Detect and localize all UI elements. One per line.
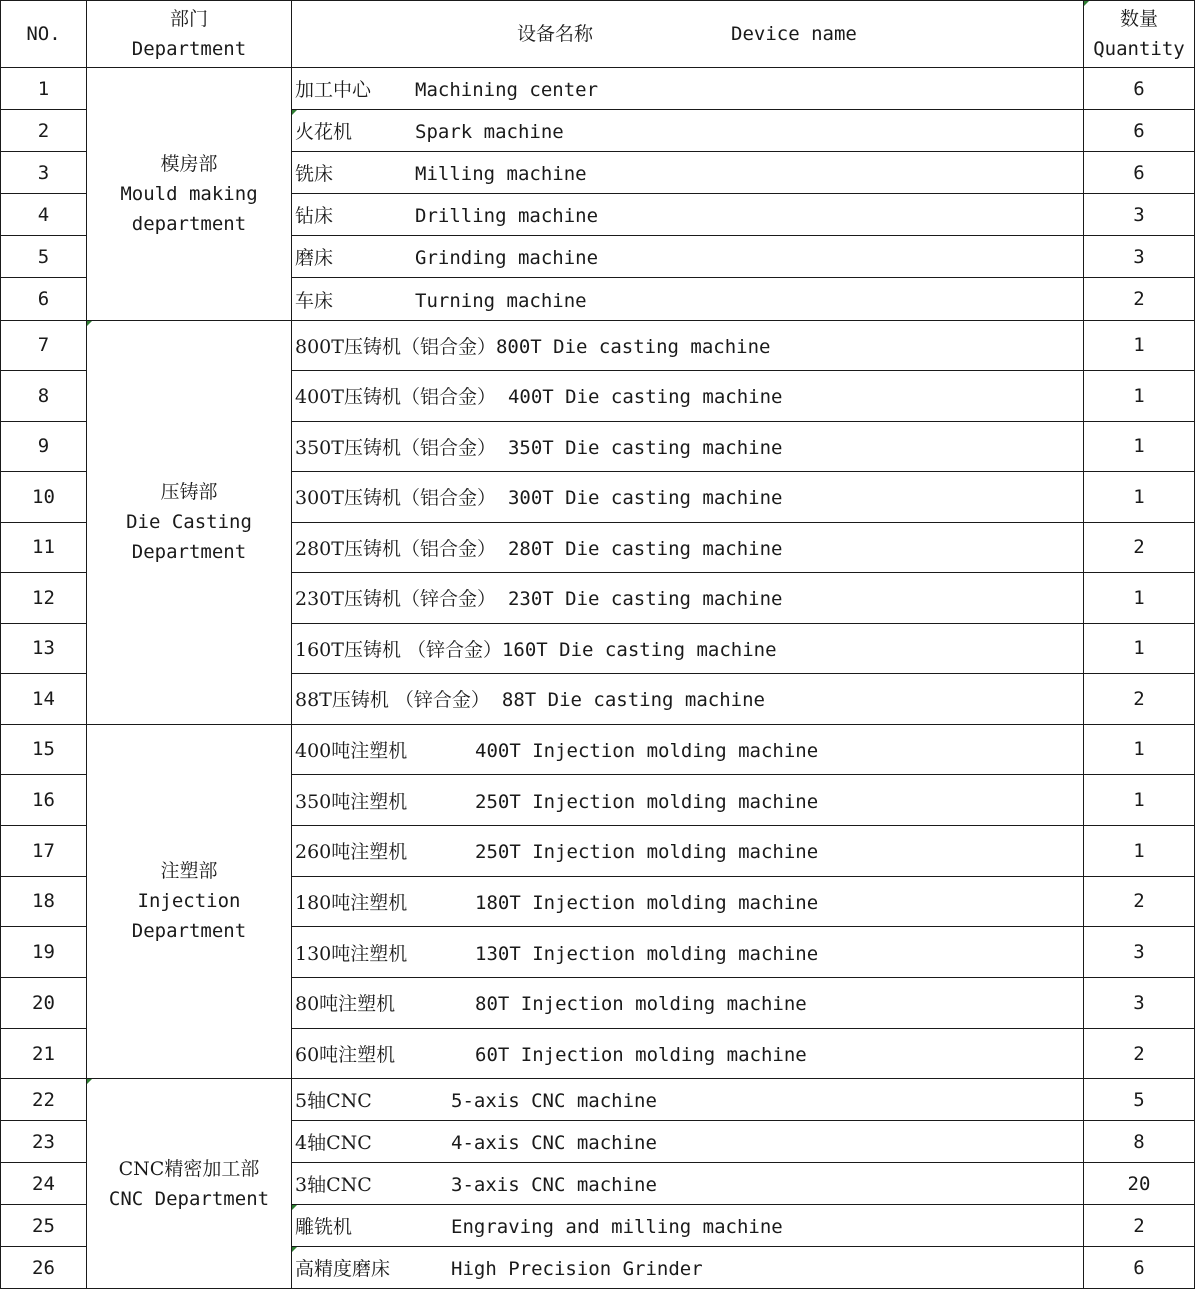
- device-name-zh: 400吨注塑机: [295, 736, 475, 763]
- row-number: 14: [1, 674, 87, 725]
- device-name-en: 4-axis CNC machine: [451, 1132, 657, 1154]
- quantity: 6: [1084, 110, 1195, 152]
- row-number: 18: [1, 876, 87, 927]
- device-name: 260吨注塑机250T Injection molding machine: [292, 825, 1084, 876]
- device-name: 350吨注塑机250T Injection molding machine: [292, 775, 1084, 826]
- device-name-en: Grinding machine: [415, 247, 598, 269]
- device-name-en: 280T Die casting machine: [508, 538, 783, 560]
- device-name-en: 180T Injection molding machine: [475, 892, 818, 914]
- device-name: 400T压铸机（铝合金）400T Die casting machine: [292, 371, 1084, 422]
- quantity: 6: [1084, 152, 1195, 194]
- comment-marker-icon: [292, 110, 297, 115]
- row-number: 3: [1, 152, 87, 194]
- device-name-en: 230T Die casting machine: [508, 588, 783, 610]
- quantity: 1: [1084, 421, 1195, 472]
- header-device-name: 设备名称 Device name: [292, 1, 1084, 68]
- row-number: 2: [1, 110, 87, 152]
- quantity: 1: [1084, 724, 1195, 775]
- device-name: 80吨注塑机80T Injection molding machine: [292, 978, 1084, 1029]
- department-en-line2: Department: [87, 537, 291, 567]
- device-name: 车床Turning machine: [292, 278, 1084, 320]
- device-name: 钻床Drilling machine: [292, 194, 1084, 236]
- quantity: 1: [1084, 775, 1195, 826]
- device-name: 300T压铸机（铝合金）300T Die casting machine: [292, 472, 1084, 523]
- device-name: 180吨注塑机180T Injection molding machine: [292, 876, 1084, 927]
- table-row: 7 压铸部 Die Casting Department 800T压铸机（铝合金…: [1, 320, 1195, 371]
- device-name-en: Milling machine: [415, 163, 587, 185]
- department-en-line2: department: [87, 209, 291, 239]
- device-name-en: 800T Die casting machine: [496, 336, 771, 358]
- header-device-zh: 设备名称: [517, 19, 731, 49]
- device-name: 磨床Grinding machine: [292, 236, 1084, 278]
- quantity: 20: [1084, 1163, 1195, 1205]
- department-cell: 压铸部 Die Casting Department: [87, 320, 292, 724]
- device-name-zh: 60吨注塑机: [295, 1040, 475, 1067]
- device-name-en: Machining center: [415, 79, 598, 101]
- quantity: 6: [1084, 68, 1195, 110]
- device-name-zh: 高精度磨床: [295, 1254, 451, 1281]
- device-name: 加工中心Machining center: [292, 68, 1084, 110]
- device-name-en: 400T Die casting machine: [508, 386, 783, 408]
- device-name-zh: 88T压铸机 （锌合金）: [295, 685, 490, 712]
- header-department-zh: 部门: [87, 4, 291, 34]
- quantity: 8: [1084, 1121, 1195, 1163]
- device-name-zh: 钻床: [295, 201, 415, 228]
- device-name-zh: 160T压铸机 （锌合金）: [295, 635, 502, 662]
- header-quantity-zh: 数量: [1084, 4, 1194, 34]
- department-cell: 注塑部 Injection Department: [87, 724, 292, 1079]
- comment-marker-icon: [87, 1079, 92, 1084]
- device-name: 160T压铸机 （锌合金）160T Die casting machine: [292, 623, 1084, 674]
- comment-marker-icon: [292, 1205, 297, 1210]
- device-name-zh: 350T压铸机（铝合金）: [295, 433, 496, 460]
- device-name-zh: 300T压铸机（铝合金）: [295, 483, 496, 510]
- device-name: 5轴CNC5-axis CNC machine: [292, 1079, 1084, 1121]
- device-name-en: 250T Injection molding machine: [475, 841, 818, 863]
- header-quantity: 数量 Quantity: [1084, 1, 1195, 68]
- quantity: 1: [1084, 623, 1195, 674]
- quantity: 3: [1084, 236, 1195, 278]
- device-name: 60吨注塑机60T Injection molding machine: [292, 1028, 1084, 1079]
- quantity: 3: [1084, 927, 1195, 978]
- department-en-line1: Die Casting: [87, 507, 291, 537]
- header-quantity-en: Quantity: [1084, 34, 1194, 64]
- device-name-en: 400T Injection molding machine: [475, 740, 818, 762]
- device-name: 铣床Milling machine: [292, 152, 1084, 194]
- device-name-zh: 5轴CNC: [295, 1086, 451, 1113]
- device-name-zh: 磨床: [295, 243, 415, 270]
- device-name: 88T压铸机 （锌合金）88T Die casting machine: [292, 674, 1084, 725]
- row-number: 20: [1, 978, 87, 1029]
- row-number: 23: [1, 1121, 87, 1163]
- row-number: 26: [1, 1247, 87, 1289]
- device-name-en: Engraving and milling machine: [451, 1216, 783, 1238]
- row-number: 11: [1, 522, 87, 573]
- device-name: 4轴CNC4-axis CNC machine: [292, 1121, 1084, 1163]
- header-device-en: Device name: [731, 19, 857, 49]
- device-name-zh: 280T压铸机（铝合金）: [295, 534, 496, 561]
- equipment-table: NO. 部门 Department 设备名称 Device name 数量 Qu…: [0, 0, 1195, 1289]
- quantity: 3: [1084, 194, 1195, 236]
- comment-marker-icon: [1084, 1, 1089, 6]
- device-name-zh: 加工中心: [295, 75, 415, 102]
- department-en-line1: Injection: [87, 886, 291, 916]
- department-cell: CNC精密加工部 CNC Department: [87, 1079, 292, 1289]
- department-en-line1: Mould making: [87, 179, 291, 209]
- device-name-en: 160T Die casting machine: [502, 639, 777, 661]
- row-number: 5: [1, 236, 87, 278]
- quantity: 2: [1084, 278, 1195, 320]
- row-number: 9: [1, 421, 87, 472]
- device-name-zh: 230T压铸机（锌合金）: [295, 584, 496, 611]
- quantity: 1: [1084, 472, 1195, 523]
- device-name-en: 250T Injection molding machine: [475, 791, 818, 813]
- device-name-en: Spark machine: [415, 121, 564, 143]
- row-number: 19: [1, 927, 87, 978]
- device-name-zh: 800T压铸机（铝合金）: [295, 332, 496, 359]
- department-zh: 模房部: [87, 149, 291, 179]
- quantity: 1: [1084, 825, 1195, 876]
- comment-marker-icon: [87, 321, 92, 326]
- comment-marker-icon: [292, 1247, 297, 1252]
- device-name: 800T压铸机（铝合金）800T Die casting machine: [292, 320, 1084, 371]
- device-name-zh: 400T压铸机（铝合金）: [295, 382, 496, 409]
- row-number: 25: [1, 1205, 87, 1247]
- device-name-en: 130T Injection molding machine: [475, 943, 818, 965]
- quantity: 1: [1084, 371, 1195, 422]
- row-number: 1: [1, 68, 87, 110]
- device-name-en: 300T Die casting machine: [508, 487, 783, 509]
- row-number: 13: [1, 623, 87, 674]
- quantity: 2: [1084, 876, 1195, 927]
- device-name: 130吨注塑机130T Injection molding machine: [292, 927, 1084, 978]
- header-no: NO.: [1, 1, 87, 68]
- device-name-en: 350T Die casting machine: [508, 437, 783, 459]
- table-row: 15 注塑部 Injection Department 400吨注塑机400T …: [1, 724, 1195, 775]
- device-name-zh: 车床: [295, 286, 415, 313]
- header-department-en: Department: [87, 34, 291, 64]
- device-name-en: 88T Die casting machine: [502, 689, 765, 711]
- row-number: 6: [1, 278, 87, 320]
- device-name-en: High Precision Grinder: [451, 1258, 703, 1280]
- device-name: 3轴CNC3-axis CNC machine: [292, 1163, 1084, 1205]
- device-name: 400吨注塑机400T Injection molding machine: [292, 724, 1084, 775]
- row-number: 17: [1, 825, 87, 876]
- row-number: 7: [1, 320, 87, 371]
- department-cell: 模房部 Mould making department: [87, 68, 292, 321]
- device-name-en: 5-axis CNC machine: [451, 1090, 657, 1112]
- device-name-en: Turning machine: [415, 290, 587, 312]
- table-row: 1 模房部 Mould making department 加工中心Machin…: [1, 68, 1195, 110]
- row-number: 12: [1, 573, 87, 624]
- device-name-zh: 火花机: [295, 117, 415, 144]
- device-name: 雕铣机Engraving and milling machine: [292, 1205, 1084, 1247]
- device-name-zh: 雕铣机: [295, 1212, 451, 1239]
- device-name-zh: 80吨注塑机: [295, 989, 475, 1016]
- device-name-zh: 4轴CNC: [295, 1128, 451, 1155]
- department-zh: 压铸部: [87, 477, 291, 507]
- row-number: 10: [1, 472, 87, 523]
- row-number: 8: [1, 371, 87, 422]
- device-name-zh: 350吨注塑机: [295, 787, 475, 814]
- device-name-zh: 铣床: [295, 159, 415, 186]
- quantity: 5: [1084, 1079, 1195, 1121]
- department-en-line2: Department: [87, 916, 291, 946]
- row-number: 16: [1, 775, 87, 826]
- device-name: 280T压铸机（铝合金）280T Die casting machine: [292, 522, 1084, 573]
- device-name-en: 80T Injection molding machine: [475, 993, 807, 1015]
- device-name-zh: 260吨注塑机: [295, 837, 475, 864]
- quantity: 1: [1084, 320, 1195, 371]
- quantity: 2: [1084, 1205, 1195, 1247]
- device-name-zh: 130吨注塑机: [295, 939, 475, 966]
- quantity: 2: [1084, 522, 1195, 573]
- device-name: 高精度磨床High Precision Grinder: [292, 1247, 1084, 1289]
- table-row: 22 CNC精密加工部 CNC Department 5轴CNC5-axis C…: [1, 1079, 1195, 1121]
- row-number: 15: [1, 724, 87, 775]
- quantity: 2: [1084, 1028, 1195, 1079]
- row-number: 21: [1, 1028, 87, 1079]
- device-name-en: 3-axis CNC machine: [451, 1174, 657, 1196]
- header-department: 部门 Department: [87, 1, 292, 68]
- device-name: 火花机Spark machine: [292, 110, 1084, 152]
- quantity: 3: [1084, 978, 1195, 1029]
- row-number: 24: [1, 1163, 87, 1205]
- device-name-zh: 180吨注塑机: [295, 888, 475, 915]
- department-en-line1: CNC Department: [87, 1184, 291, 1214]
- row-number: 22: [1, 1079, 87, 1121]
- device-name: 230T压铸机（锌合金）230T Die casting machine: [292, 573, 1084, 624]
- device-name-zh: 3轴CNC: [295, 1170, 451, 1197]
- quantity: 1: [1084, 573, 1195, 624]
- quantity: 2: [1084, 674, 1195, 725]
- header-no-label: NO.: [26, 23, 60, 45]
- device-name-en: Drilling machine: [415, 205, 598, 227]
- department-zh: 注塑部: [87, 856, 291, 886]
- quantity: 6: [1084, 1247, 1195, 1289]
- device-name: 350T压铸机（铝合金）350T Die casting machine: [292, 421, 1084, 472]
- department-zh: CNC精密加工部: [87, 1154, 291, 1184]
- device-name-en: 60T Injection molding machine: [475, 1044, 807, 1066]
- header-row: NO. 部门 Department 设备名称 Device name 数量 Qu…: [1, 1, 1195, 68]
- row-number: 4: [1, 194, 87, 236]
